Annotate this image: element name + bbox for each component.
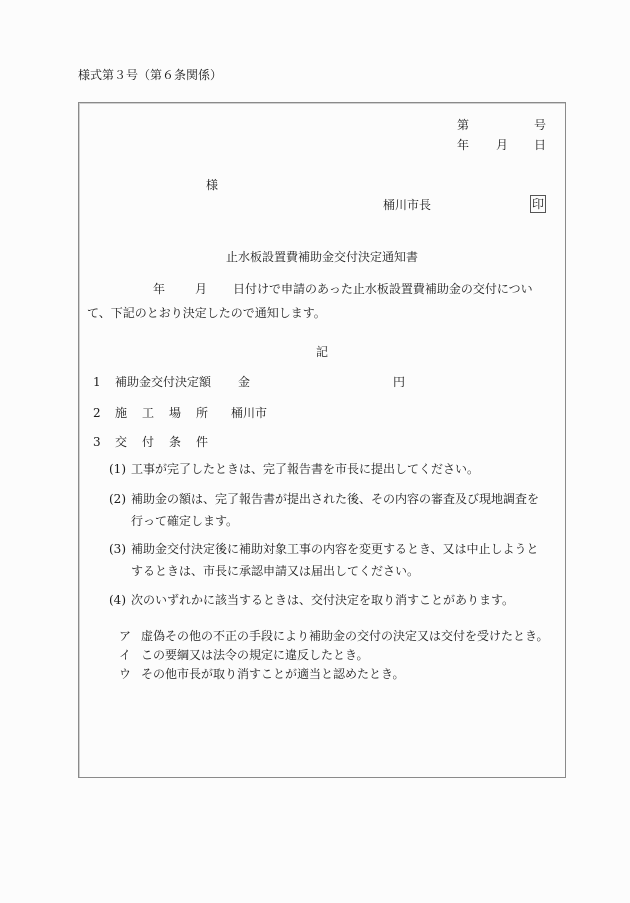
item-number: 1 bbox=[93, 375, 115, 389]
condition-3: (3)補助金交付決定後に補助対象工事の内容を変更するとき、又は中止しようと する… bbox=[109, 538, 549, 582]
label-char: 条 bbox=[169, 433, 196, 450]
notice-body: 年月日付けで申請のあった止水板設置費補助金の交付につい て、下記のとおり決定した… bbox=[87, 277, 553, 325]
item-decision-amount: 1補助金交付決定額金円 bbox=[93, 373, 405, 390]
reason-kana: ア bbox=[119, 627, 141, 646]
condition-2: (2)補助金の額は、完了報告書が提出された後、その内容の審査及び現地調査を 行っ… bbox=[109, 488, 549, 532]
label-char: 施 bbox=[115, 404, 142, 421]
condition-number: (1) bbox=[109, 458, 131, 480]
seal-mark: 印 bbox=[530, 195, 546, 213]
condition-text: 補助金交付決定後に補助対象工事の内容を変更するとき、又は中止しようと bbox=[131, 542, 539, 556]
condition-text: 工事が完了したときは、完了報告書を市長に提出してください。 bbox=[131, 462, 479, 476]
body-line2: て、下記のとおり決定したので通知します。 bbox=[87, 306, 326, 320]
condition-text-cont: 行って確定します。 bbox=[109, 510, 549, 532]
revocation-reason-a: ア虚偽その他の不正の手段により補助金の交付の決定又は交付を受けたとき。 bbox=[119, 627, 549, 646]
number-prefix: 第 bbox=[457, 119, 469, 131]
amount-prefix: 金 bbox=[238, 375, 250, 389]
issuer-name: 桶川市長 bbox=[383, 199, 431, 211]
condition-number: (2) bbox=[109, 488, 131, 510]
condition-text: 次のいずれかに該当するときは、交付決定を取り消すことがあります。 bbox=[131, 593, 514, 607]
body-month: 月 bbox=[195, 282, 207, 296]
body-year: 年 bbox=[153, 282, 165, 296]
reason-text: 虚偽その他の不正の手段により補助金の交付の決定又は交付を受けたとき。 bbox=[141, 629, 549, 643]
body-line1: 日付けで申請のあった止水板設置費補助金の交付につい bbox=[233, 282, 533, 296]
item-number: 3 bbox=[93, 435, 115, 449]
date-day-label: 日 bbox=[534, 139, 546, 151]
item-number: 2 bbox=[93, 406, 115, 420]
reason-kana: イ bbox=[119, 646, 141, 665]
label-char: 所 bbox=[196, 404, 223, 421]
reason-text: この要綱又は法令の規定に違反したとき。 bbox=[141, 648, 369, 662]
ki-heading: 記 bbox=[79, 343, 565, 360]
date-month-label: 月 bbox=[496, 139, 508, 151]
reason-text: その他市長が取り消すことが適当と認めたとき。 bbox=[141, 667, 405, 681]
condition-number: (3) bbox=[109, 538, 131, 560]
item-construction-site: 2施工場所桶川市 bbox=[93, 404, 267, 421]
item-conditions-heading: 3交付条件 bbox=[93, 433, 223, 450]
number-suffix: 号 bbox=[534, 119, 546, 131]
document-frame: 第 号 年 月 日 様 桶川市長 印 止水板設置費補助金交付決定通知書 年月日付… bbox=[78, 102, 566, 778]
label-char: 付 bbox=[142, 433, 169, 450]
item-label: 補助金交付決定額 bbox=[115, 375, 211, 389]
condition-number: (4) bbox=[109, 589, 131, 611]
form-number-label: 様式第３号（第６条関係） bbox=[78, 66, 222, 83]
condition-4: (4)次のいずれかに該当するときは、交付決定を取り消すことがあります。 bbox=[109, 589, 549, 611]
condition-text-cont: するときは、市長に承認申請又は届出してください。 bbox=[109, 560, 549, 582]
label-char: 件 bbox=[196, 433, 223, 450]
addressee-suffix: 様 bbox=[206, 179, 218, 191]
condition-1: (1)工事が完了したときは、完了報告書を市長に提出してください。 bbox=[109, 458, 549, 480]
label-char: 工 bbox=[142, 404, 169, 421]
condition-text: 補助金の額は、完了報告書が提出された後、その内容の審査及び現地調査を bbox=[131, 492, 539, 506]
document-title: 止水板設置費補助金交付決定通知書 bbox=[79, 248, 565, 265]
amount-suffix: 円 bbox=[393, 375, 405, 389]
reason-kana: ウ bbox=[119, 665, 141, 684]
revocation-reason-i: イこの要綱又は法令の規定に違反したとき。 bbox=[119, 646, 369, 665]
label-char: 場 bbox=[169, 404, 196, 421]
revocation-reason-u: ウその他市長が取り消すことが適当と認めたとき。 bbox=[119, 665, 405, 684]
site-value: 桶川市 bbox=[231, 404, 267, 421]
label-char: 交 bbox=[115, 433, 142, 450]
date-year-label: 年 bbox=[457, 139, 469, 151]
